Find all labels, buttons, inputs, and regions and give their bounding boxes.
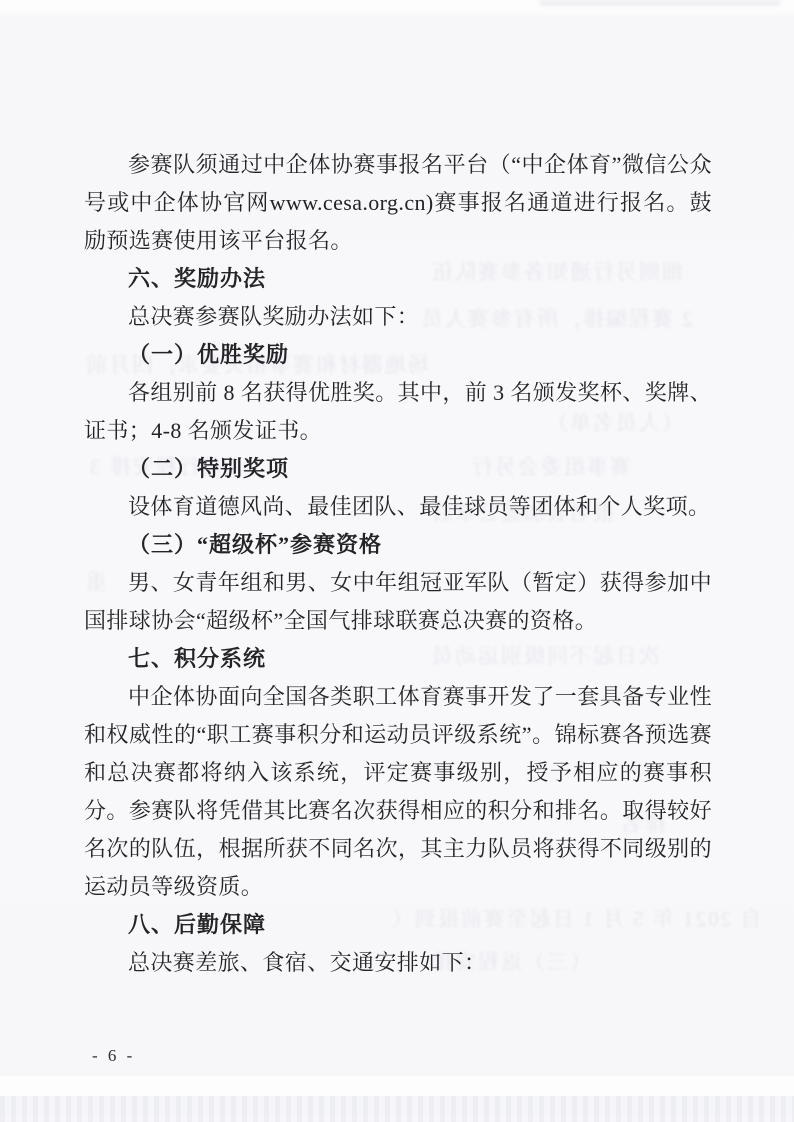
body-paragraph: 总决赛参赛队奖励办法如下： — [84, 298, 712, 336]
scan-bottom-white-band — [0, 1076, 794, 1096]
body-paragraph: 设体育道德风尚、最佳团队、最佳球员等团体和个人奖项。 — [84, 488, 712, 526]
body-paragraph: 参赛队须通过中企体协赛事报名平台（“中企体育”微信公众号或中企体协官网www.c… — [84, 146, 712, 260]
document-body: 参赛队须通过中企体协赛事报名平台（“中企体育”微信公众号或中企体协官网www.c… — [84, 146, 712, 982]
scan-bottom-texture-band — [0, 1096, 794, 1122]
scan-edge-smudge — [540, 0, 780, 6]
document-blocks: 参赛队须通过中企体协赛事报名平台（“中企体育”微信公众号或中企体协官网www.c… — [84, 146, 712, 982]
section-heading: 六、奖励办法 — [84, 260, 712, 298]
sub-heading: （二）特别奖项 — [84, 450, 712, 488]
sub-heading: （三）“超级杯”参赛资格 — [84, 526, 712, 564]
body-paragraph: 男、女青年组和男、女中年组冠亚军队（暂定）获得参加中国排球协会“超级杯”全国气排… — [84, 564, 712, 640]
sub-heading: （一）优胜奖励 — [84, 336, 712, 374]
body-paragraph: 总决赛差旅、食宿、交通安排如下： — [84, 944, 712, 982]
body-paragraph: 中企体协面向全国各类职工体育赛事开发了一套具备专业性和权威性的“职工赛事积分和运… — [84, 678, 712, 906]
section-heading: 八、后勤保障 — [84, 906, 712, 944]
body-paragraph: 各组别前 8 名获得优胜奖。其中，前 3 名颁发奖杯、奖牌、证书；4-8 名颁发… — [84, 374, 712, 450]
scanned-document-page: { "page": { "bg_color": "#f8f8fb", "text… — [0, 0, 794, 1122]
section-heading: 七、积分系统 — [84, 640, 712, 678]
page-number: - 6 - — [92, 1046, 135, 1066]
